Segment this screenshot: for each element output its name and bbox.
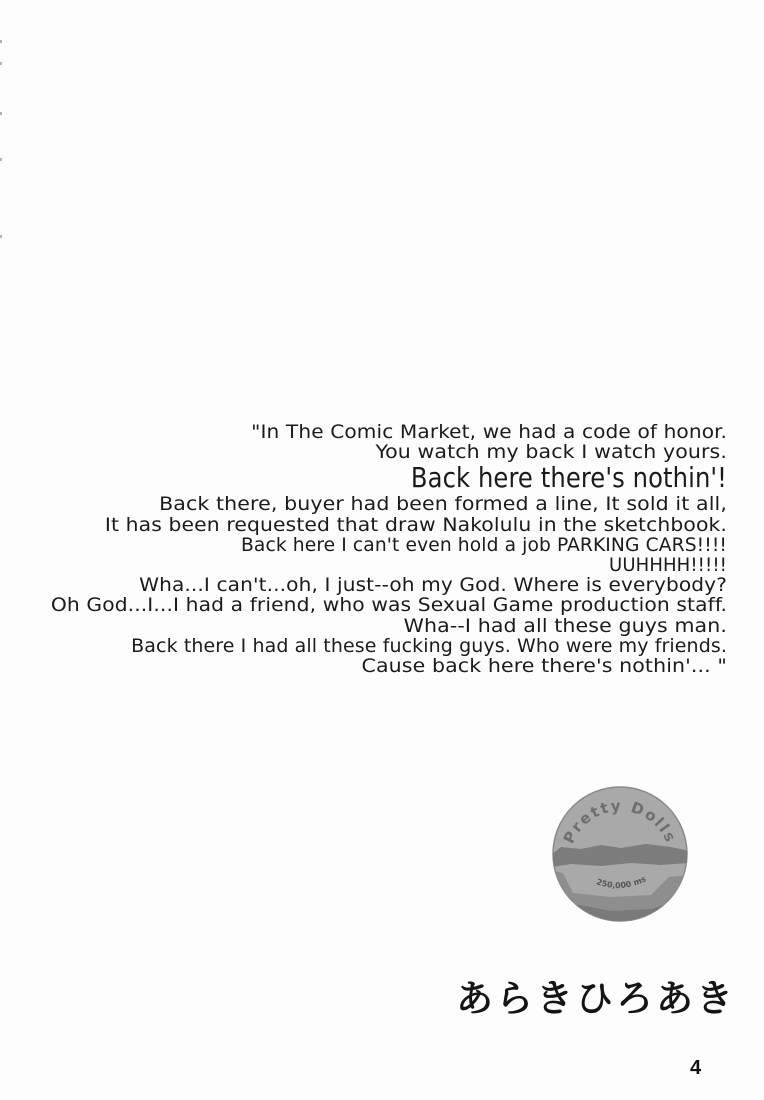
poem-line: Wha--I had all these guys man.	[0, 616, 727, 636]
poem-line: Cause back here there's nothin'... "	[0, 656, 727, 676]
poem-line: Oh God...I...I had a friend, who was Sex…	[0, 595, 727, 615]
scan-speck	[0, 62, 2, 65]
author-signature: あらきひろあき	[456, 968, 736, 1022]
poem-line: Wha...I can't...oh, I just--oh my God. W…	[0, 575, 727, 595]
page-number: 4	[690, 1057, 701, 1080]
poem-line: Back there, buyer had been formed a line…	[0, 494, 727, 514]
poem-line: You watch my back I watch yours.	[0, 442, 727, 462]
pretty-dolls-stamp-icon: Pretty Dolls 250,000 ms	[551, 785, 689, 923]
poem-line: It has been requested that draw Nakolulu…	[0, 515, 727, 535]
poem-line: "In The Comic Market, we had a code of h…	[0, 422, 727, 442]
afterword-text: "In The Comic Market, we had a code of h…	[27, 422, 727, 676]
scan-speck	[0, 112, 2, 115]
scan-speck	[0, 235, 2, 238]
poem-line: Back there I had all these fucking guys.…	[0, 636, 727, 656]
scan-speck	[0, 40, 2, 43]
poem-line-emphasized: Back here there's nothin'!	[53, 463, 727, 493]
scan-speck	[0, 158, 2, 161]
poem-line: Back here I can't even hold a job PARKIN…	[0, 535, 727, 555]
comic-page: "In The Comic Market, we had a code of h…	[0, 0, 764, 1100]
poem-line: UUHHHH!!!!!	[0, 555, 727, 575]
